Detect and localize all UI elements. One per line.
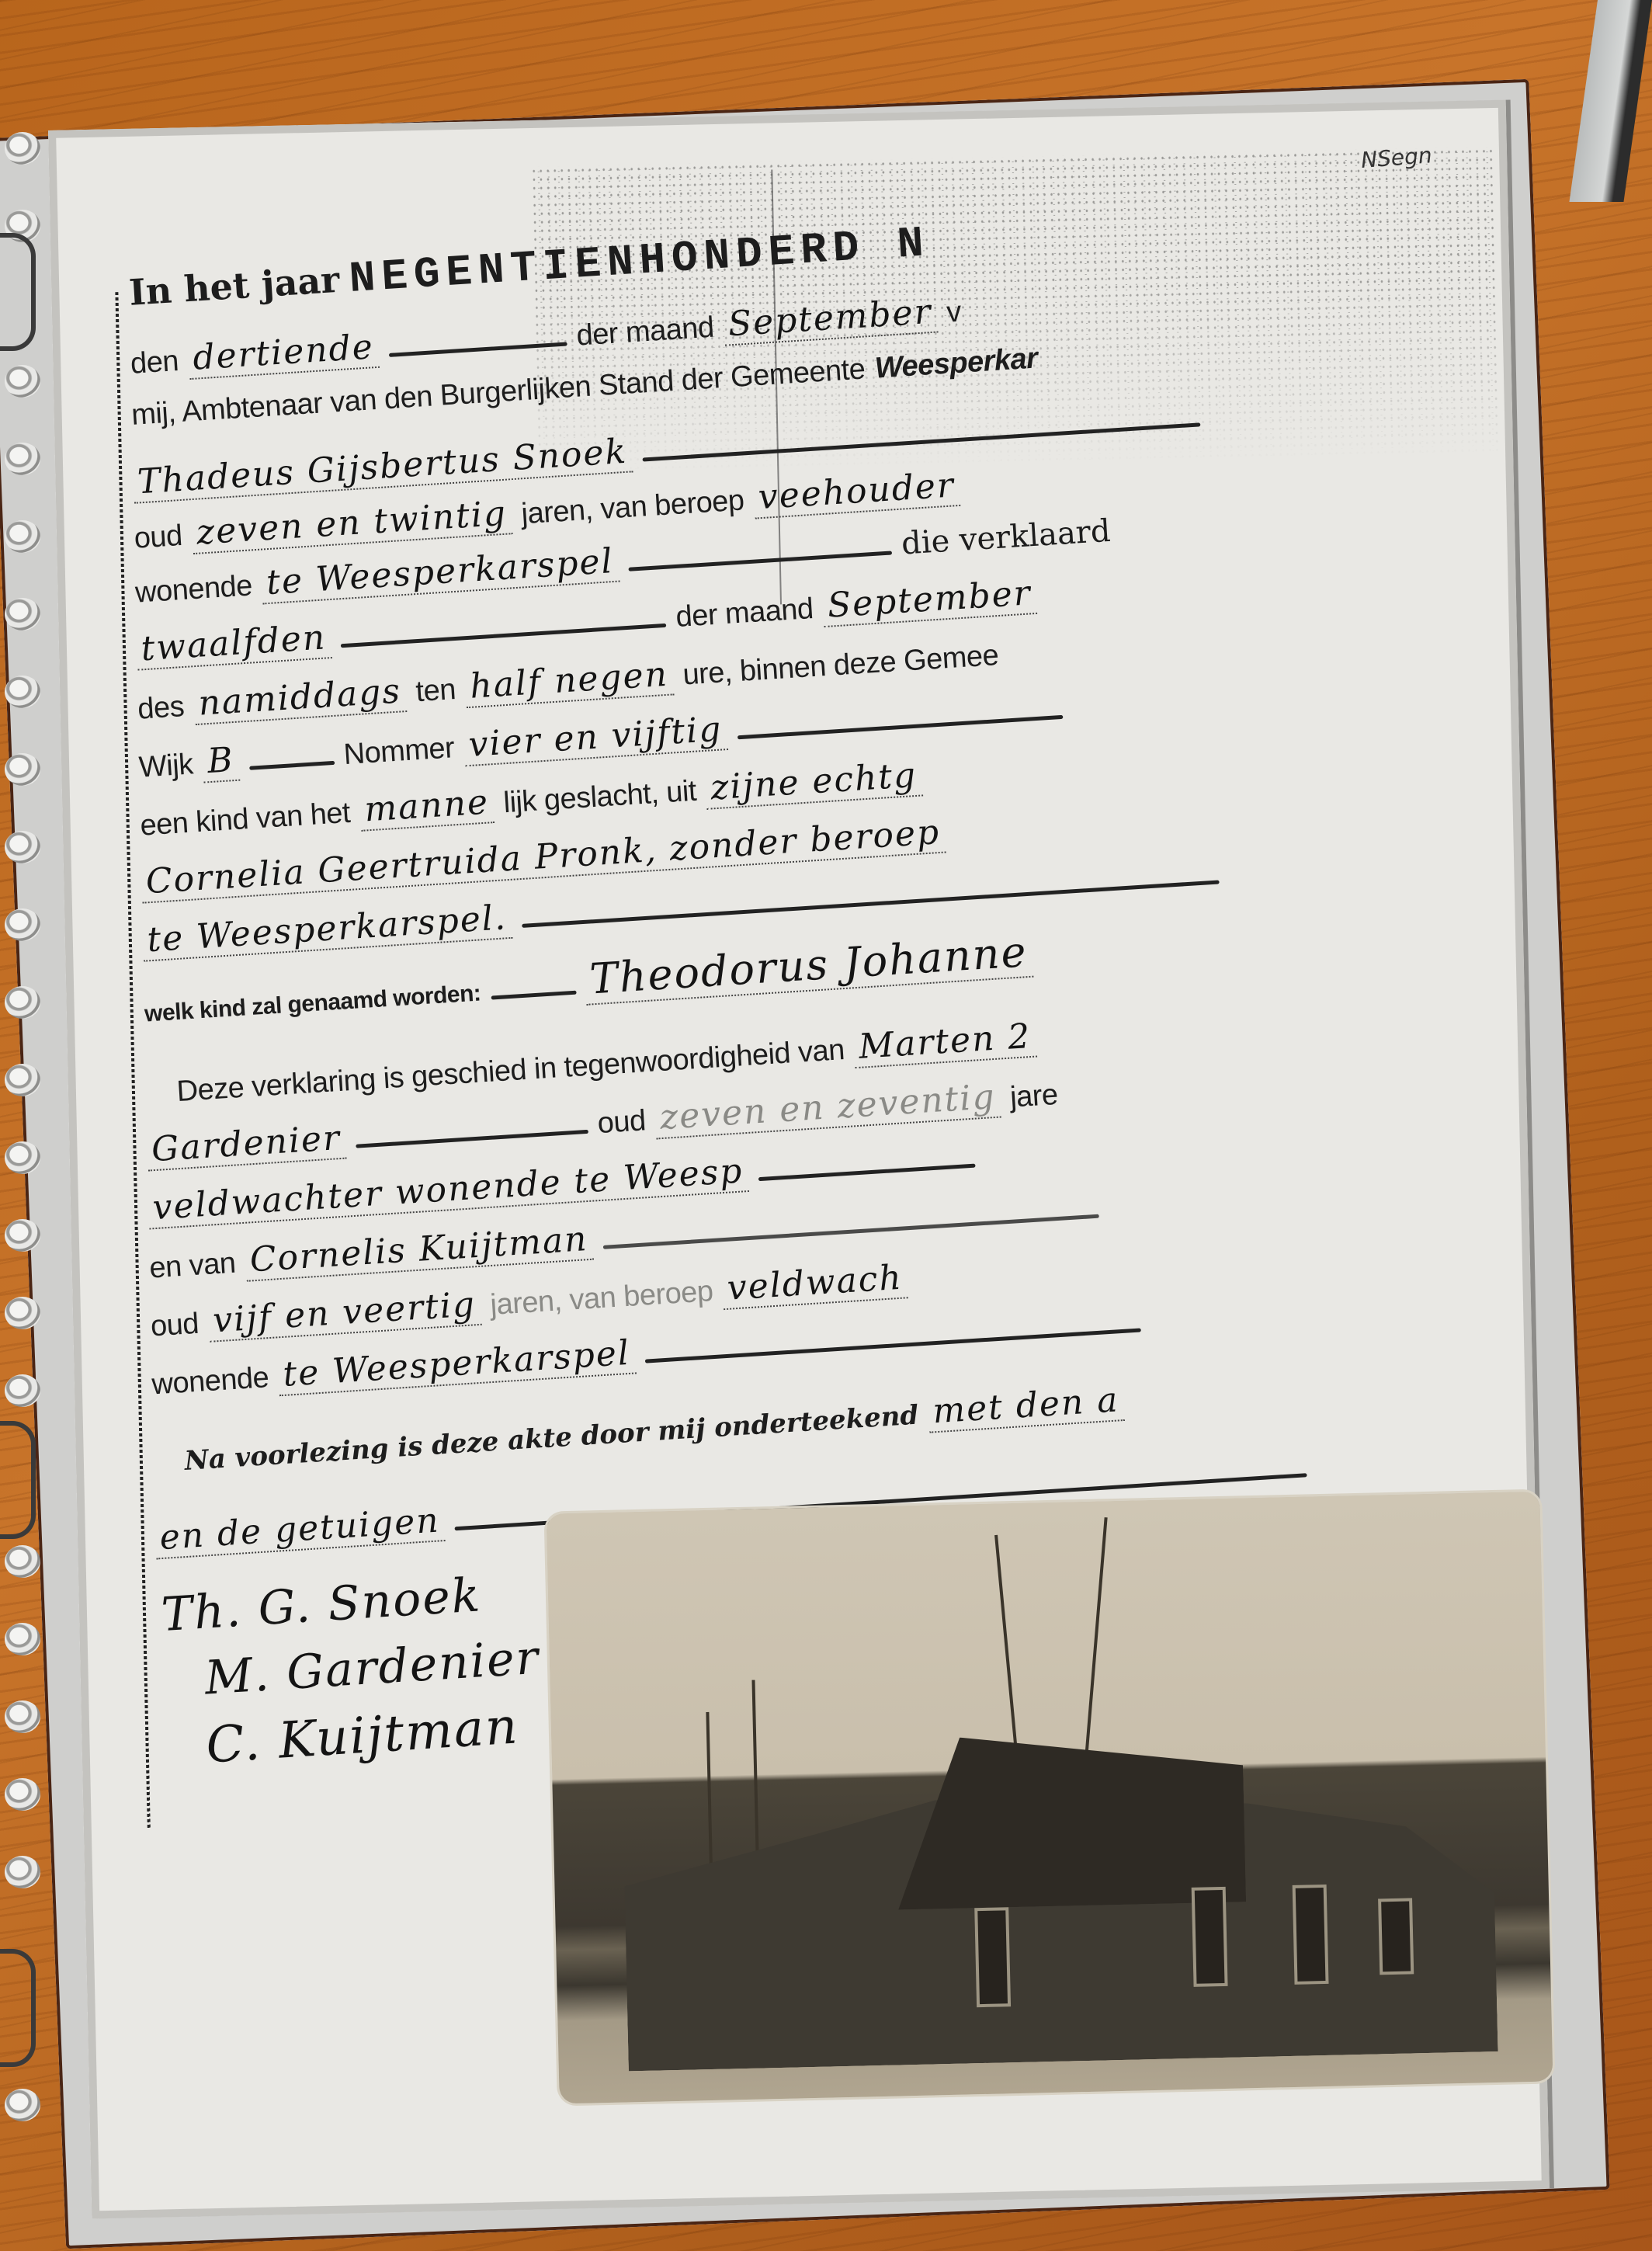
- ring-hole: [5, 908, 40, 941]
- printed-text: jaren, van beroep: [489, 1275, 713, 1322]
- rule: [491, 991, 576, 1000]
- signature-witness2: C. Kuijtman: [158, 1697, 526, 1777]
- handwritten-birth-month: September: [821, 573, 1037, 627]
- ring-hole: [5, 2089, 40, 2121]
- rule: [341, 624, 666, 648]
- handwritten-and-witnesses: en de getuigen: [154, 1500, 446, 1559]
- ring-hole: [5, 1064, 40, 1096]
- printed-text: Wijk: [138, 748, 194, 783]
- binder-ring: [0, 1949, 36, 2067]
- binder-ring: [0, 233, 36, 351]
- printed-text: lijk geslacht, uit: [502, 775, 697, 820]
- handwritten-spouse-label: zijne echtg: [705, 755, 923, 809]
- printed-text: een kind van het: [139, 797, 351, 842]
- grey-tray: [1569, 0, 1652, 202]
- municipality: Weesperkar: [874, 342, 1039, 384]
- window: [1192, 1887, 1228, 1987]
- ring-hole: [5, 1141, 40, 1174]
- signature-declarant: Th. G. Snoek: [155, 1568, 488, 1643]
- heading-prefix: In het jaar: [128, 259, 341, 314]
- rule: [522, 880, 1220, 928]
- rule: [389, 342, 567, 356]
- handwritten-hour: half negen: [464, 654, 675, 708]
- binder-rings: [0, 116, 47, 2213]
- ring-hole: [5, 1219, 40, 1252]
- window: [974, 1907, 1011, 2007]
- handwritten-birth-day: twaalfden: [135, 617, 332, 671]
- binder-ring: [0, 1421, 36, 1539]
- margin-annotation: NSegn: [1360, 142, 1433, 173]
- handwritten-witness2-profession: veldwach: [721, 1257, 908, 1310]
- printed-text: wonende: [151, 1361, 269, 1401]
- ring-hole: [5, 676, 40, 708]
- ring-hole: [5, 1700, 40, 1733]
- printed-text: en van: [148, 1247, 237, 1285]
- handwritten-closing: met den a: [927, 1380, 1125, 1433]
- window: [1378, 1898, 1414, 1975]
- ring-hole: [5, 1545, 40, 1578]
- printed-text: ure, binnen deze Gemee: [682, 639, 999, 691]
- printed-text: Nommer: [342, 731, 455, 771]
- printed-text: jaren, van beroep: [520, 484, 744, 530]
- printed-text: der maand: [675, 592, 814, 634]
- rule: [629, 551, 893, 571]
- ring-hole: [5, 831, 40, 863]
- printed-text: der maand: [575, 311, 714, 353]
- handwritten-witness1-surname: Gardenier: [146, 1118, 347, 1172]
- printed-text: v: [946, 296, 962, 329]
- rule: [356, 1130, 588, 1148]
- signature-witness1: M. Gardenier: [157, 1630, 546, 1708]
- printed-text: den: [130, 345, 179, 380]
- rule: [249, 761, 335, 770]
- handwritten-witness2-age: vijf en veertig: [207, 1284, 482, 1343]
- printed-text: wonende: [134, 569, 253, 609]
- printed-text: Na voorlezing is deze akte door mij onde…: [153, 1400, 920, 1479]
- ring-hole: [5, 1856, 40, 1888]
- handwritten-ward: B: [202, 740, 241, 783]
- house-photograph: old brick house with dormer windows and …: [547, 1492, 1553, 2104]
- handwritten-witness1-firstname: Marten 2: [853, 1016, 1037, 1069]
- handwritten-sex: manne: [359, 782, 495, 832]
- ring-hole: [5, 443, 40, 475]
- ring-hole: [5, 1623, 40, 1655]
- ring-hole: [5, 1374, 40, 1407]
- printed-text: die verklaard: [901, 513, 1112, 562]
- ring-hole: [5, 753, 40, 786]
- ring-hole: [5, 1778, 40, 1811]
- ring-hole: [5, 1297, 40, 1329]
- handwritten-daypart: namiddags: [193, 671, 407, 725]
- printed-text: oud: [150, 1308, 200, 1343]
- handwritten-house-number: vier en vijftig: [463, 709, 728, 766]
- printed-text: jare: [1009, 1079, 1059, 1114]
- rule: [603, 1214, 1099, 1249]
- printed-text: oud: [134, 519, 183, 555]
- ring-hole: [5, 598, 40, 630]
- ring-hole: [5, 132, 40, 165]
- window: [1293, 1885, 1329, 1985]
- printed-text: welk kind zal genaamd worden:: [144, 980, 481, 1026]
- rule: [737, 715, 1062, 739]
- printed-text: oud: [596, 1104, 646, 1140]
- ring-hole: [5, 986, 40, 1019]
- printed-text: ten: [415, 673, 456, 708]
- handwritten-profession: veehouder: [752, 465, 960, 519]
- printed-text: des: [137, 690, 185, 726]
- handwritten-day: dertiende: [187, 327, 380, 380]
- ring-hole: [5, 520, 40, 553]
- rule: [645, 1328, 1141, 1363]
- ring-hole: [5, 365, 40, 398]
- rule: [758, 1164, 976, 1182]
- photo-subject: old brick house with dormer windows and …: [560, 2103, 560, 2103]
